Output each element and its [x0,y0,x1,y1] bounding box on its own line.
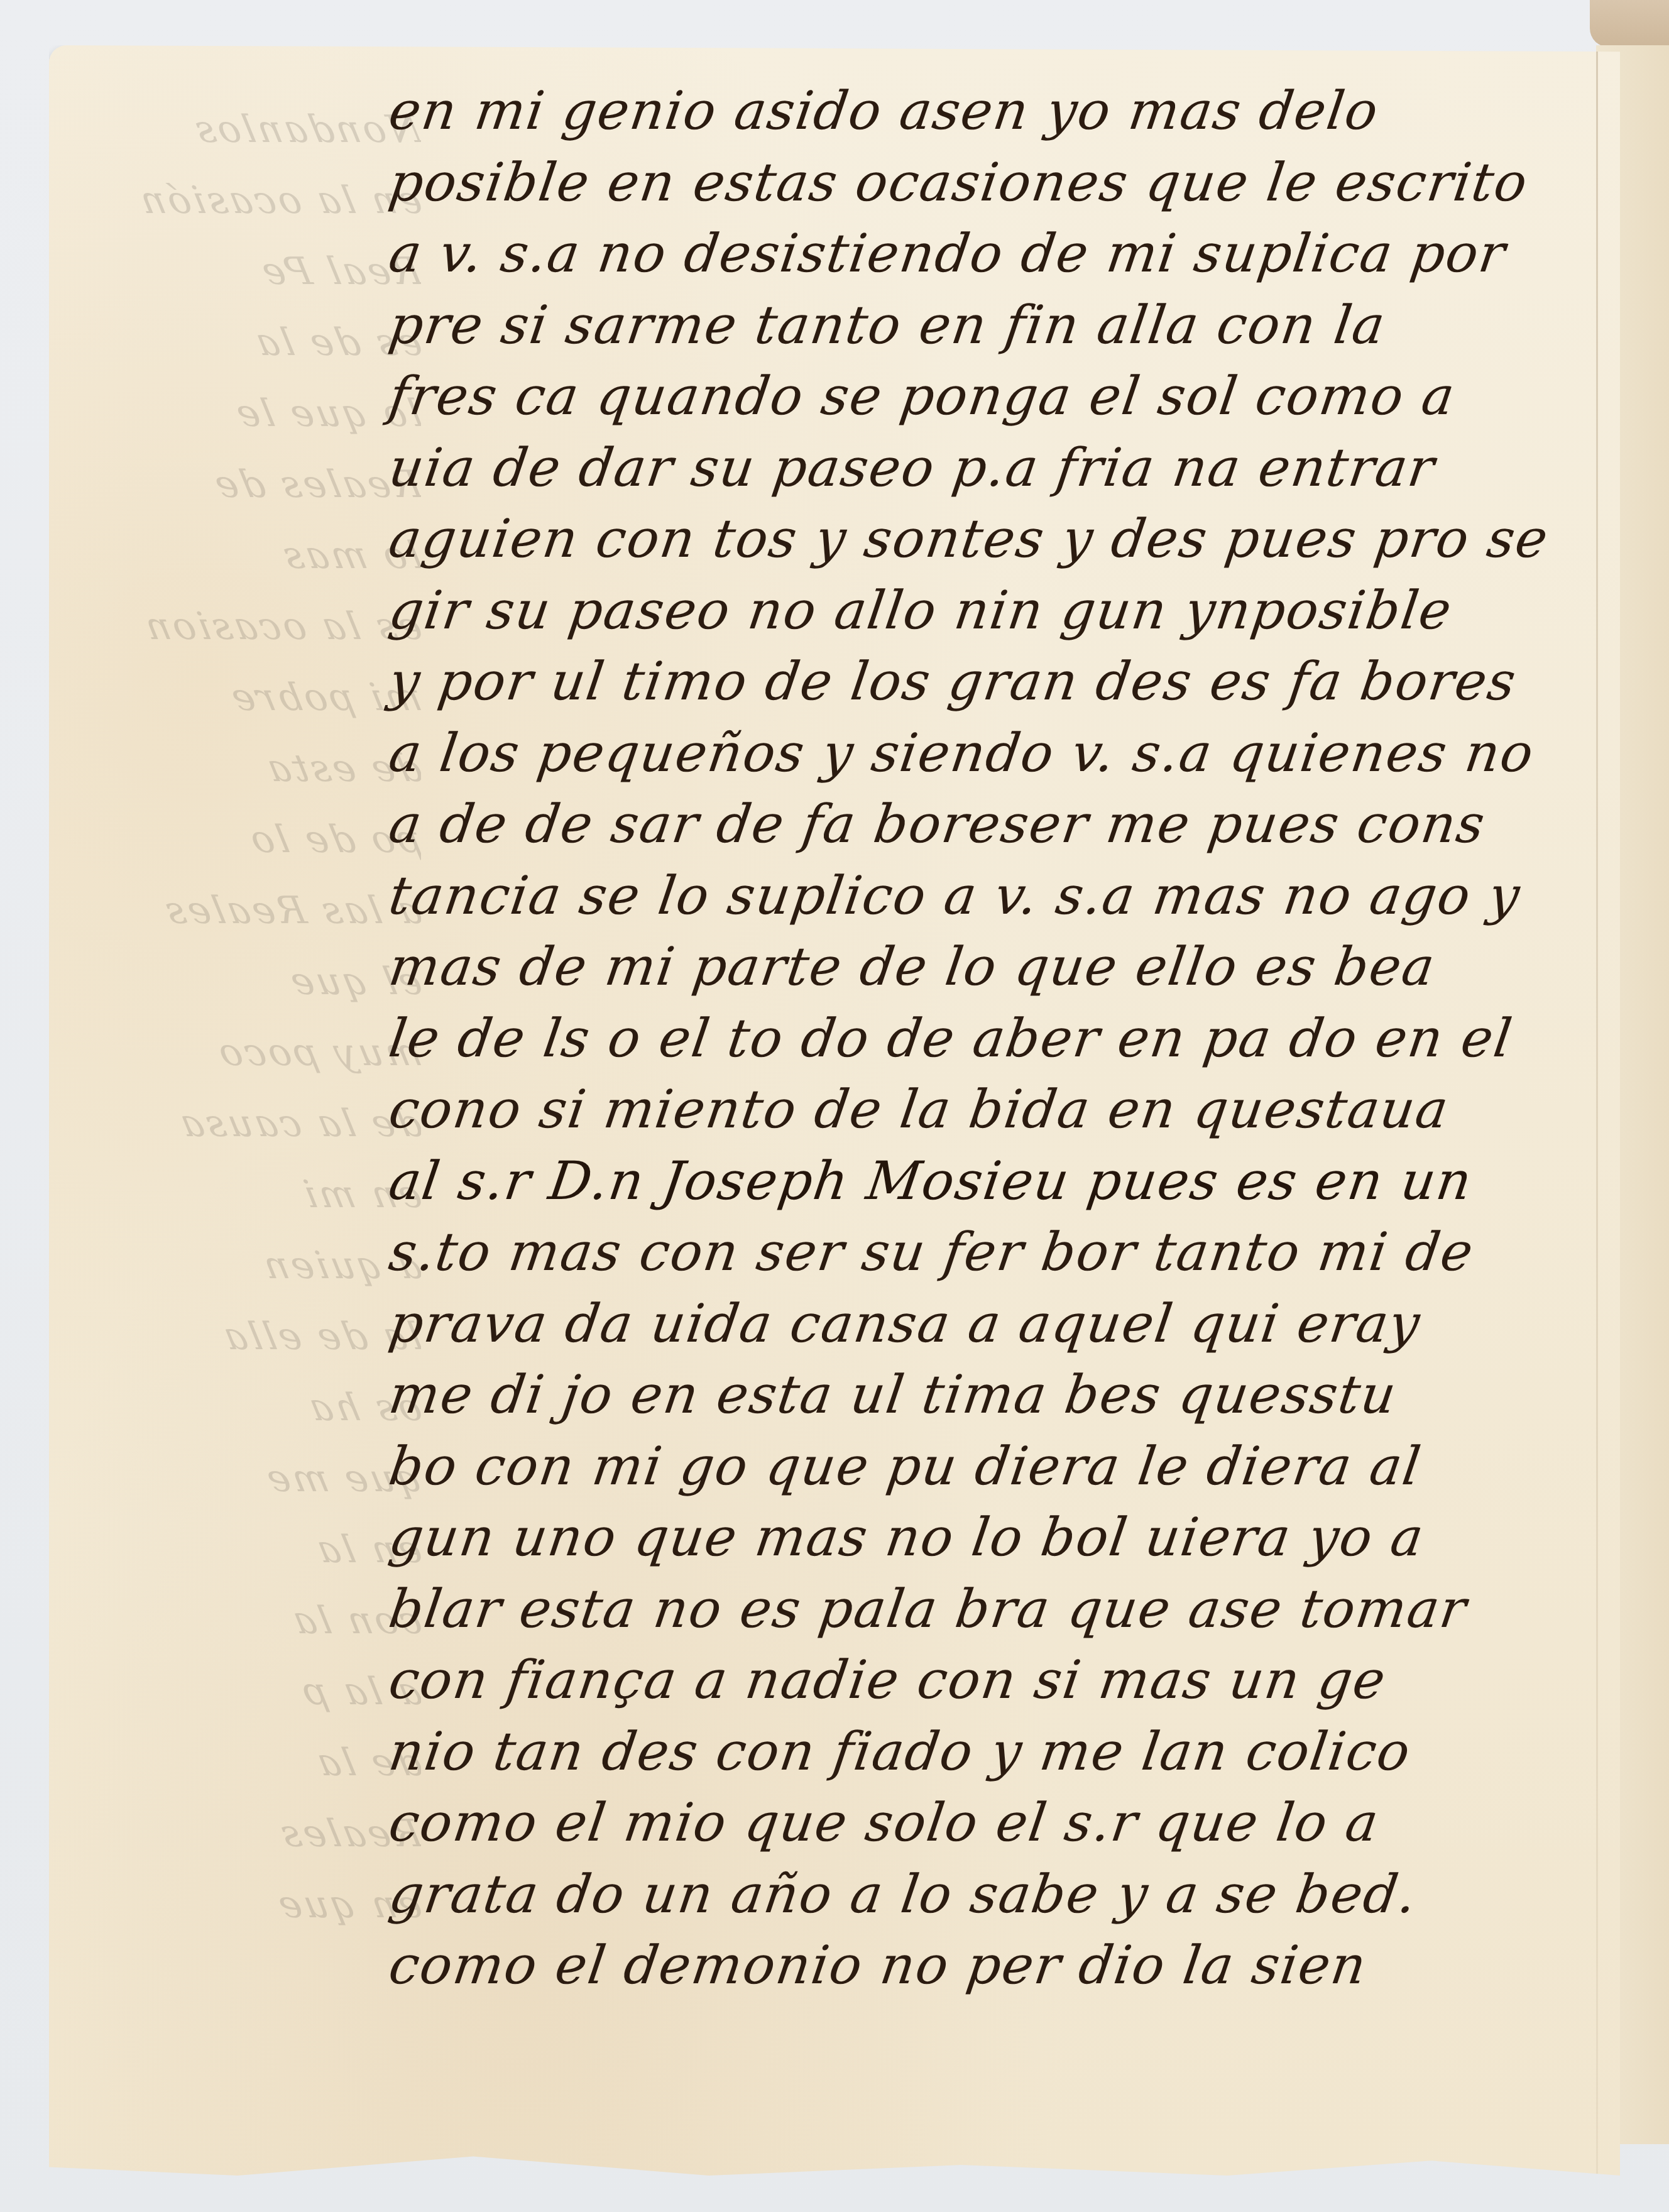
bleed-line: en mi [69,1159,421,1230]
bleed-line: lo que le [69,378,421,449]
manuscript-text: en mi genio asido asen yo mas delo posib… [390,75,1609,2001]
manuscript-line: prava da uida cansa a aquel qui eray [385,1288,1614,1360]
manuscript-line: pre si sarme tanto en fin alla con la [385,290,1614,361]
bleed-line: con la [69,1585,421,1656]
manuscript-line: con fiança a nadie con si mas un ge [385,1645,1614,1716]
corner-tab [1590,0,1669,47]
manuscript-line: posible en estas ocasiones que le escrit… [385,147,1614,219]
bleed-line: a las Reales [69,875,421,946]
bleed-line: os ha [69,1372,421,1443]
bleed-line: la de ella [69,1301,421,1372]
manuscript-line: cono si miento de la bida en questaua [385,1074,1614,1146]
bleed-line: Nondanlos [69,94,421,165]
bleed-line: es de la [69,307,421,378]
manuscript-line: nio tan des con fiado y me lan colico [385,1716,1614,1788]
bleed-line: de la [69,1727,421,1799]
bleed-line: en la [69,1514,421,1585]
manuscript-line: como el demonio no per dio la sien [385,1930,1614,2001]
manuscript-line: en mi genio asido asen yo mas delo [385,75,1614,147]
manuscript-line: a los pequeños y siendo v. s.a quienes n… [385,718,1614,789]
bleed-line: lo mas [69,520,421,591]
manuscript-line: me di jo en esta ul tima bes quesstu [385,1359,1614,1431]
bleed-line: a la p [69,1656,421,1727]
manuscript-line: al s.r D.n Joseph Mosieu pues es en un [385,1146,1614,1217]
manuscript-line: tancia se lo suplico a v. s.a mas no ago… [385,860,1614,932]
bleed-line: Reales de [69,449,421,520]
bleed-line: en que [69,1870,421,1941]
manuscript-line: gir su paseo no allo nin gun ynposible [385,575,1614,647]
manuscript-line: mas de mi parte de lo que ello es bea [385,931,1614,1003]
bleed-line: mi pobre [69,662,421,733]
bleed-line: es la ocasion [69,591,421,662]
manuscript-line: a de de sar de fa boreser me pues cons [385,789,1614,860]
manuscript-line: s.to mas con ser su fer bor tanto mi de [385,1217,1614,1288]
manuscript-line: como el mio que solo el s.r que lo a [385,1787,1614,1859]
manuscript-line: aguien con tos y sontes y des pues pro s… [385,503,1614,575]
manuscript-line: bo con mi go que pu diera le diera al [385,1431,1614,1503]
bleed-line: de esta [69,733,421,804]
scan-background: Nondanlos en la ocasión Real Pe es de la… [0,0,1669,2212]
manuscript-line: a v. s.a no desistiendo de mi suplica po… [385,218,1614,290]
bleed-line: muy poco [69,1017,421,1088]
manuscript-line: y por ul timo de los gran des es fa bore… [385,646,1614,718]
bleed-through-text: Nondanlos en la ocasión Real Pe es de la… [69,94,421,2105]
bleed-line: po de lo [69,804,421,875]
bleed-line: Reales [69,1799,421,1870]
manuscript-line: le de ls o el to do de aber en pa do en … [385,1003,1614,1075]
bleed-line: de la causa [69,1088,421,1159]
manuscript-line: blar esta no es pala bra que ase tomar [385,1574,1614,1645]
manuscript-line: gun uno que mas no lo bol uiera yo a [385,1502,1614,1574]
bleed-line: Real Pe [69,236,421,307]
bleed-line: el que [69,946,421,1017]
manuscript-line: uia de dar su paseo p.a fria na entrar [385,432,1614,504]
manuscript-line: fres ca quando se ponga el sol como a [385,361,1614,432]
bleed-line: en la ocasión [69,165,421,236]
bleed-line: que me [69,1443,421,1514]
bleed-line: a quien [69,1230,421,1301]
manuscript-line: grata do un año a lo sabe y a se bed. [385,1859,1614,1930]
